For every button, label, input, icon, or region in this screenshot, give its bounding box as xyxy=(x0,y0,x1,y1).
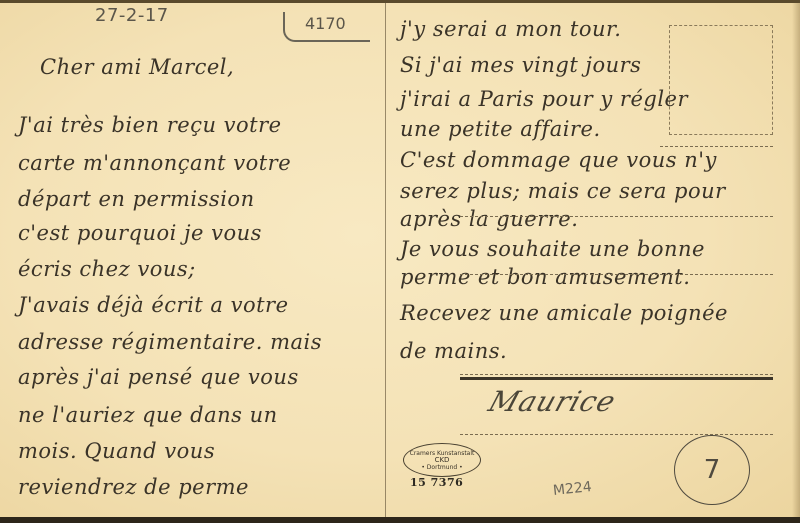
stamp-placeholder-box xyxy=(669,25,773,135)
address-line-thick xyxy=(460,377,773,380)
letter-line: j'irai a Paris pour y régler xyxy=(400,87,688,111)
address-line xyxy=(460,274,773,275)
letter-line: c'est pourquoi je vous xyxy=(18,221,262,245)
letter-line: perme et bon amusement. xyxy=(400,265,690,289)
letter-greeting: Cher ami Marcel, xyxy=(40,55,234,79)
letter-line: serez plus; mais ce sera pour xyxy=(400,179,726,203)
letter-line: j'y serai a mon tour. xyxy=(400,17,621,41)
print-number: 15 7376 xyxy=(410,476,463,489)
archive-number: 4170 xyxy=(305,14,346,33)
circled-number: 7 xyxy=(704,455,721,485)
letter-line: Je vous souhaite une bonne xyxy=(400,237,705,261)
letter-line: C'est dommage que vous n'y xyxy=(400,148,717,172)
letter-line: J'avais déjà écrit a votre xyxy=(18,293,289,317)
letter-line: carte m'annonçant votre xyxy=(18,151,291,175)
address-line xyxy=(460,374,773,375)
center-divider-line xyxy=(385,3,386,523)
postcard: 27-2-17 4170 Cher ami Marcel, J'ai très … xyxy=(0,0,800,523)
address-line xyxy=(460,434,773,435)
letter-line: une petite affaire. xyxy=(400,117,601,141)
letter-line: J'ai très bien reçu votre xyxy=(18,113,282,137)
letter-line: de mains. xyxy=(400,339,507,363)
letter-line: mois. Quand vous xyxy=(18,439,215,463)
address-line xyxy=(460,216,773,217)
publisher-logo-mid: CKD xyxy=(435,457,450,464)
letter-line: Recevez une amicale poignée xyxy=(400,301,728,325)
letter-line: Si j'ai mes vingt jours xyxy=(400,53,641,77)
letter-line: écris chez vous; xyxy=(18,257,196,281)
circled-number-annotation: 7 xyxy=(674,435,750,505)
publisher-logo: Cramers Kunstanstalt CKD • Dortmund • xyxy=(403,443,481,477)
pencil-code-annotation: M224 xyxy=(552,479,592,499)
letter-line: adresse régimentaire. mais xyxy=(18,330,322,354)
letter-line: après la guerre. xyxy=(400,207,578,231)
letter-line: ne l'auriez que dans un xyxy=(18,403,278,427)
letter-line: après j'ai pensé que vous xyxy=(18,365,299,389)
signature: Maurice xyxy=(485,385,621,418)
letter-line: reviendrez de perme xyxy=(18,475,249,499)
address-line xyxy=(660,146,773,147)
date-annotation: 27-2-17 xyxy=(95,5,169,26)
publisher-logo-bottom: • Dortmund • xyxy=(421,464,462,471)
letter-line: départ en permission xyxy=(18,187,255,211)
archive-number-bracket: 4170 xyxy=(283,12,370,42)
